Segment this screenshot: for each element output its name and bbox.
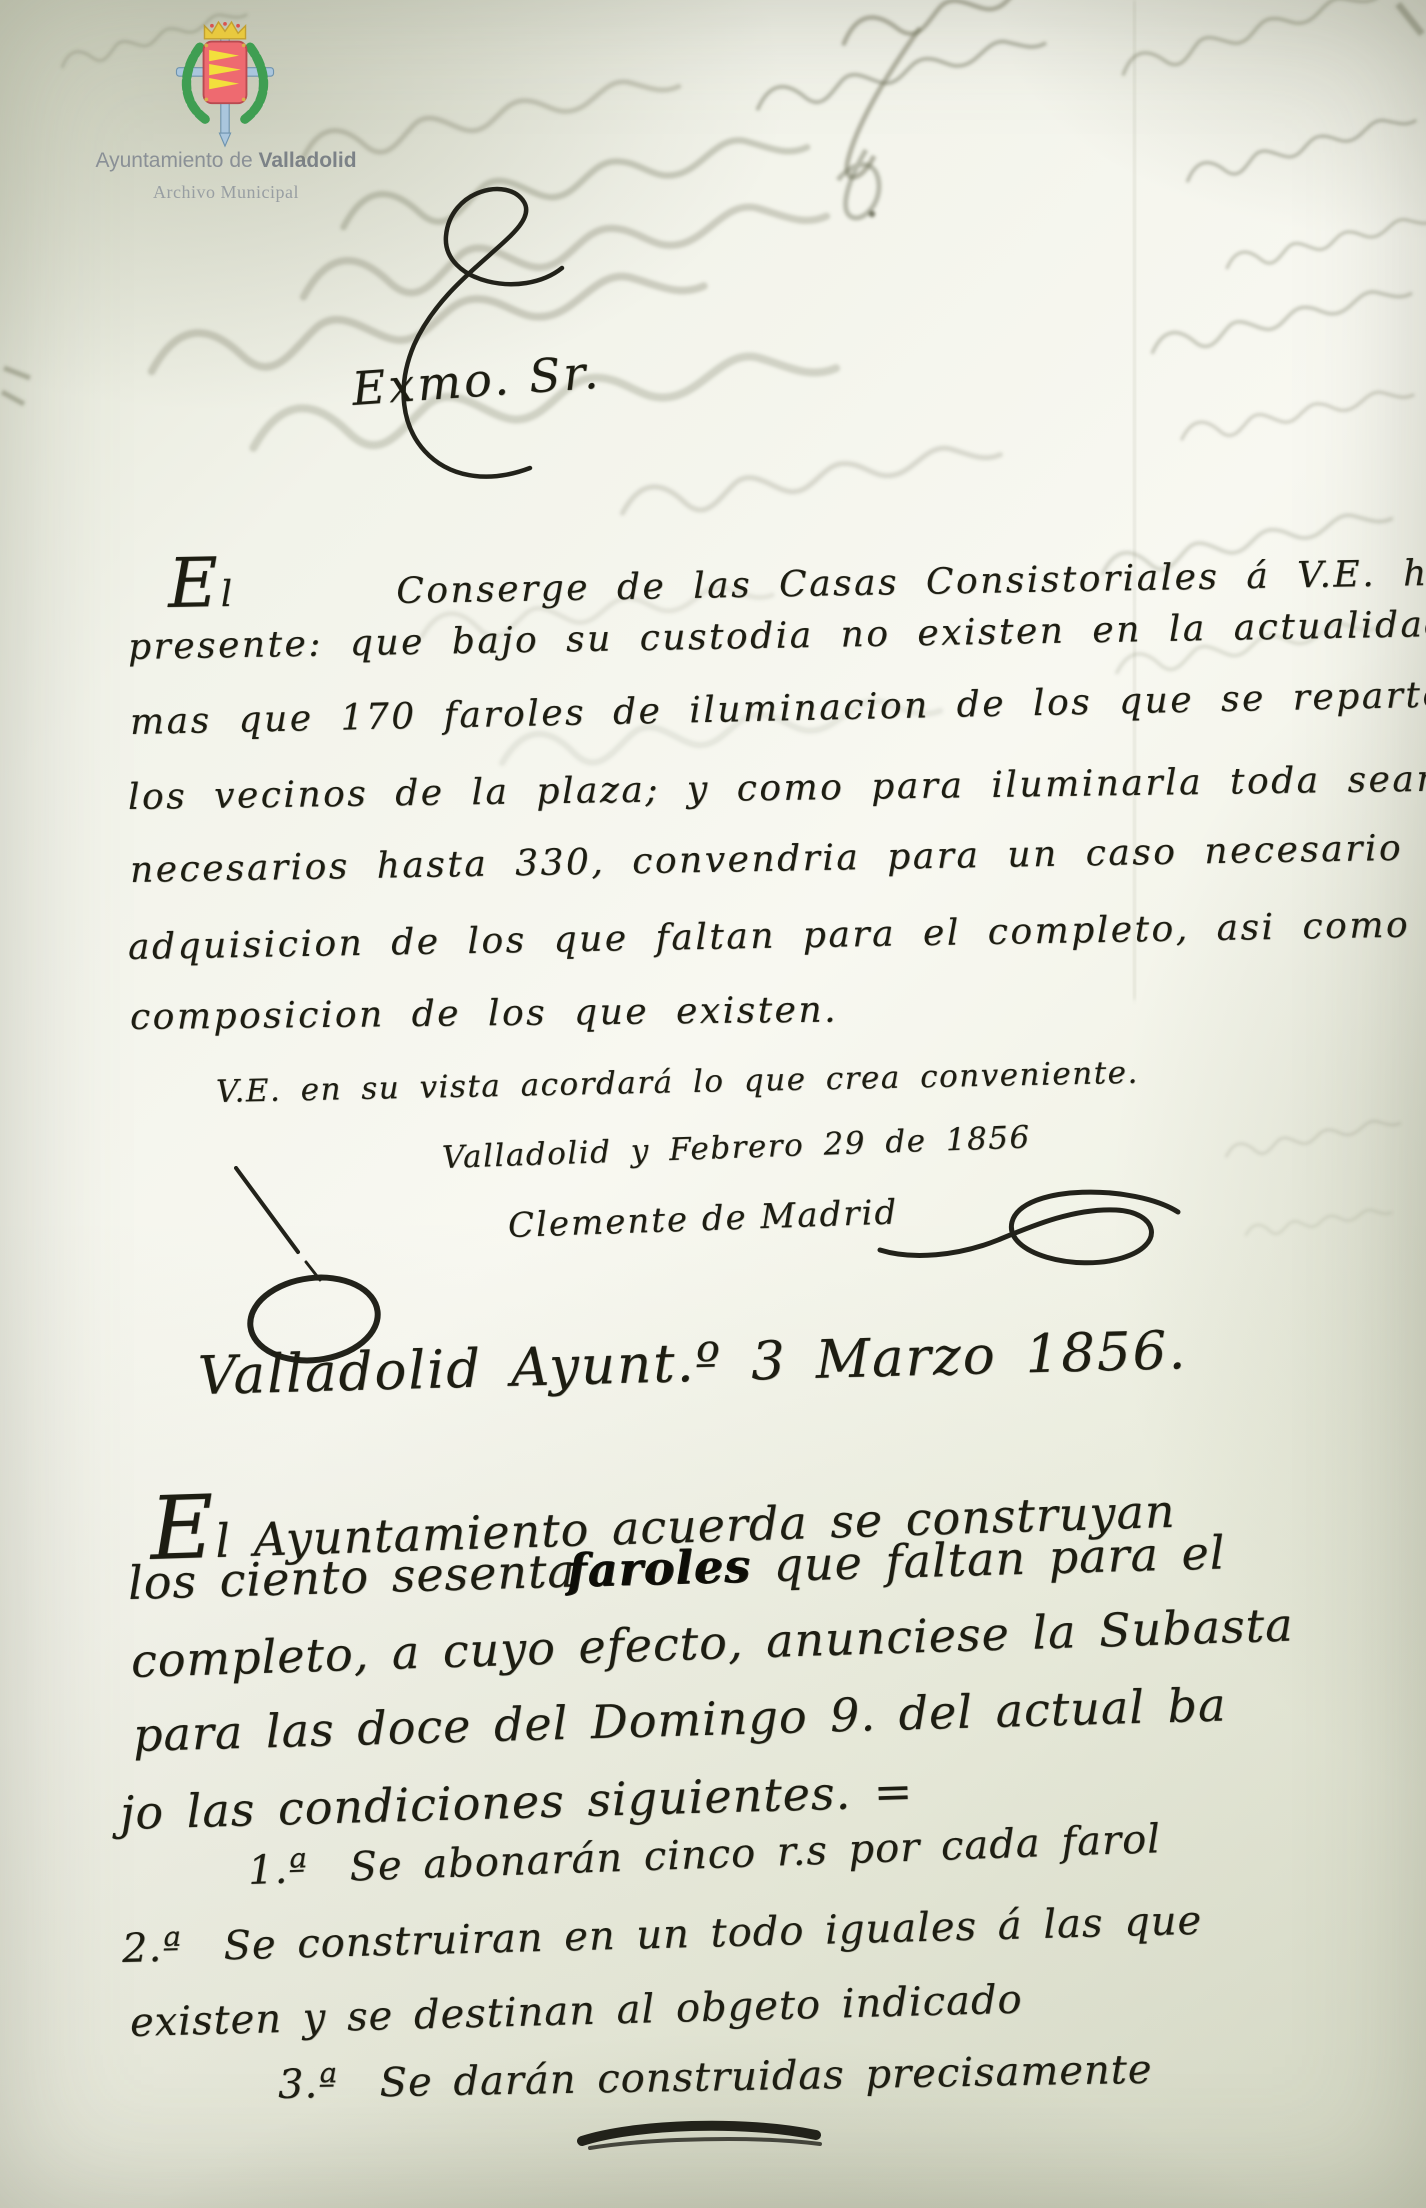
salutation-flourish	[404, 189, 562, 477]
stray-ink-stroke	[236, 1168, 298, 1252]
letter-signature: Clemente de Madrid	[507, 1192, 898, 1246]
letter-body-line: necesarios hasta 330, convendria para un…	[130, 827, 1426, 891]
decree-condition-line: 3.ª Se darán construidas precisamente	[278, 2047, 1153, 2108]
letter-body-line: los vecinos de la plaza; y como para ilu…	[128, 759, 1426, 818]
letter-dateline: Valladolid y Febrero 29 de 1856	[441, 1119, 1031, 1176]
institution-bold: Valladolid	[259, 149, 357, 172]
letter-salutation: Exmo. Sr.	[350, 345, 603, 416]
institution-prefix: Ayuntamiento de	[95, 149, 258, 172]
underline-flourish	[582, 2126, 816, 2141]
decree-condition-line: 2.ª Se construiran en un todo iguales á …	[121, 1898, 1202, 1972]
letter-body-line: adquisicion de los que faltan para el co…	[128, 902, 1426, 968]
decree-body-line: para las doce del Domingo 9. del actual …	[132, 1677, 1227, 1762]
letter-body-line: mas que 170 faroles de iluminacion de lo…	[130, 673, 1426, 743]
letter-body-line: composicion de los que existen.	[130, 990, 838, 1038]
archive-department-name: Archivo Municipal	[76, 182, 376, 203]
decree-line-pre: los ciento sesenta	[127, 1544, 576, 1610]
scanned-manuscript-page: Ayuntamiento de Valladolid Archivo Munic…	[0, 0, 1426, 2208]
underline-flourish-echo	[590, 2139, 820, 2148]
valladolid-coat-of-arms-icon	[166, 8, 284, 148]
signature-flourish	[880, 1192, 1178, 1263]
decree-heading: Valladolid Ayunt.º 3 Marzo 1856.	[197, 1320, 1188, 1407]
decree-body-line: completo, a cuyo efecto, anunciese la Su…	[130, 1597, 1294, 1688]
decree-overwritten-word: faroles	[566, 1539, 752, 1598]
letter-closing-line: V.E. en su vista acordará lo que crea co…	[216, 1055, 1140, 1110]
decree-condition-line: existen y se destinan al obgeto indicado	[129, 1977, 1023, 2046]
stray-ink-tick	[306, 1262, 320, 1280]
archive-institution-name: Ayuntamiento de Valladolid	[76, 149, 376, 173]
